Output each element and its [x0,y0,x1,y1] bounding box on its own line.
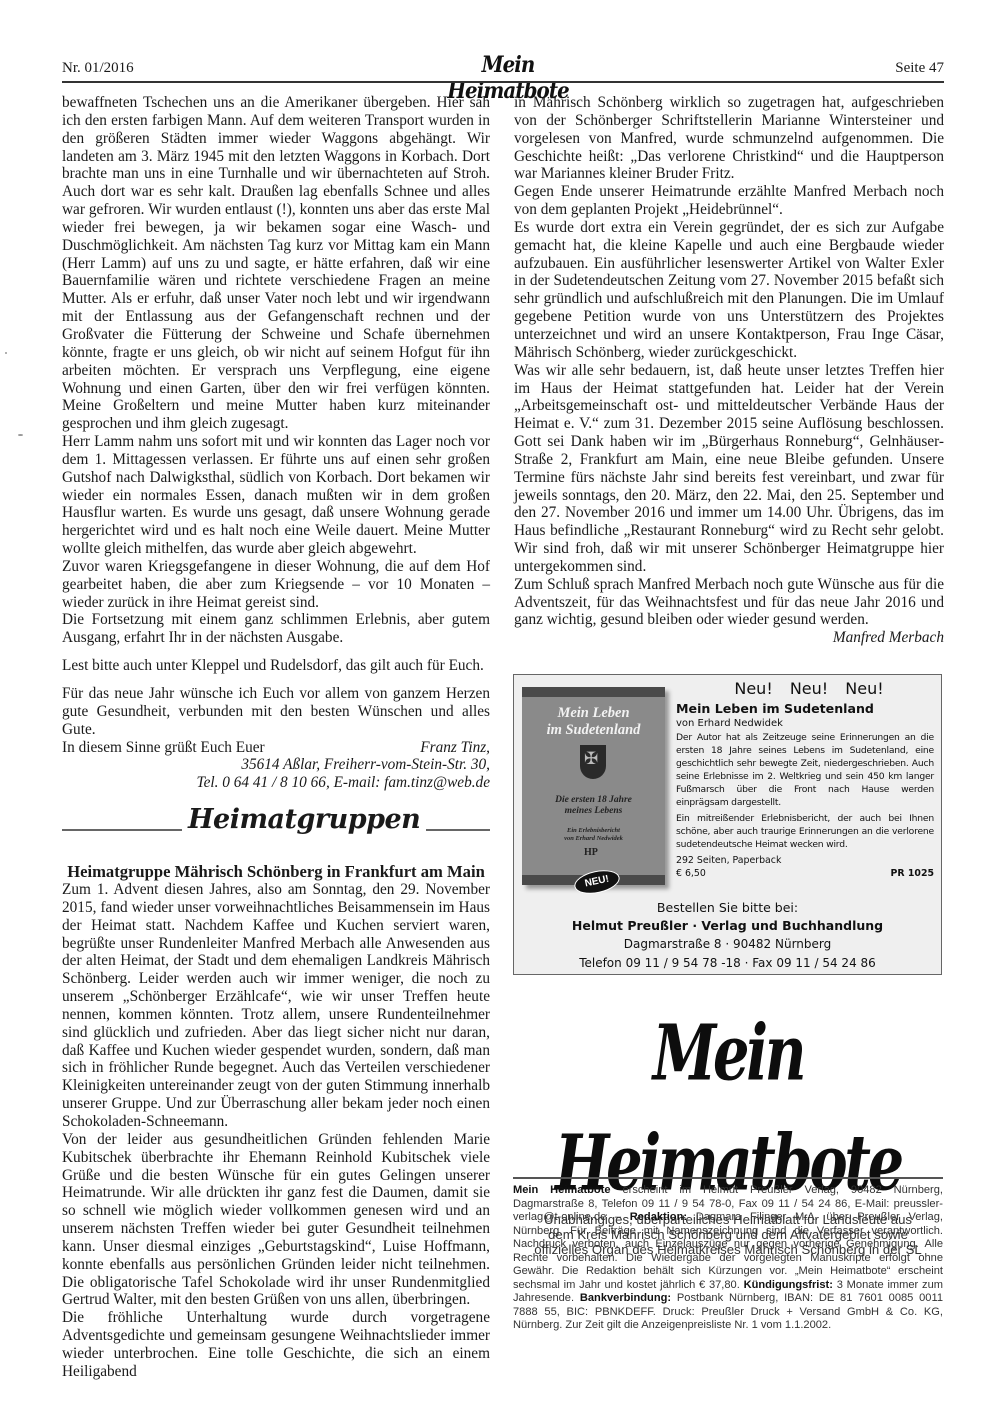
scan-artifact [18,434,23,436]
greeting-close: In diesem Sinne grüßt Euch Euer [62,739,265,757]
book-price: € 6,50 [676,867,706,880]
section-heading: Heimatgruppen [62,808,490,838]
publisher-phone: Telefon 09 11 / 9 54 78 -18 · Fax 09 11 … [514,954,941,973]
book-author: von Erhard Nedwidek [676,718,934,729]
article-paragraph: Die fröhliche Unterhaltung wurde durch v… [62,1309,490,1380]
imprint-name: Mein Heimatbote [513,1184,611,1196]
ad-new-banner: Neu! Neu! Neu! [684,679,934,698]
story-paragraph: Die Fortsetzung mit einem ganz schlimmen… [62,611,490,647]
redaktion-label: Redaktion: [630,1211,687,1223]
coat-of-arms-icon [580,745,606,779]
left-column-article: Zum 1. Advent diesen Jahres, also am Son… [62,881,490,1381]
kuendigung-label: Kündigungsfrist: [744,1279,833,1291]
page-header: Nr. 01/2016 Mein Heimatbote Seite 47 [62,52,944,82]
story-paragraph: Zuvor waren Kriegsgefangene in dieser Wo… [62,558,490,612]
author-contact: Tel. 0 64 41 / 8 10 66, E-mail: fam.tinz… [62,774,490,792]
greeting: Für das neue Jahr wünsche ich Euch vor a… [62,685,490,739]
publisher-logo-icon: HP [584,847,598,858]
issue-number: Nr. 01/2016 [62,60,134,77]
author-address: 35614 Aßlar, Freiherr-vom-Stein-Str. 30, [62,756,490,774]
header-divider [62,81,944,83]
order-label: Bestellen Sie bitte bei: [514,899,941,917]
book-title: Mein Leben im Sudetenland [676,701,934,716]
publisher-name: Helmut Preußler · Verlag und Buchhandlun… [514,917,941,935]
story-paragraph: bewaffneten Tschechen uns an die Amerika… [62,94,490,433]
section-title: Heimatgruppen [182,804,426,835]
bank-label: Bankverbindung: [580,1292,671,1304]
scan-artifact [5,352,7,354]
left-column-story: bewaffneten Tschechen uns an die Amerika… [62,94,490,792]
price-row: € 6,50 PR 1025 [676,867,934,880]
cover-title: Mein Leben im Sudetenland [522,705,665,739]
cover-subtitle: Die ersten 18 Jahre meines Lebens [522,795,665,817]
article-paragraph: Von der leider aus gesundheitlichen Grün… [62,1131,490,1309]
product-code: PR 1025 [891,867,934,880]
article-paragraph: in Mährisch Schönberg wirklich so zugetr… [514,94,944,183]
article-paragraph: Zum 1. Advent diesen Jahres, also am Son… [62,881,490,1131]
imprint: Mein Heimatbote erscheint im Helmut Preu… [513,1184,943,1333]
page-number: Seite 47 [895,60,944,77]
article-subheading: Heimatgruppe Mährisch Schönberg in Frank… [62,862,490,882]
article-paragraph: Was wir alle sehr bedauern, ist, daß heu… [514,362,944,576]
book-advertisement: Mein Leben im Sudetenland Die ersten 18 … [513,674,942,975]
masthead-divider [513,1177,943,1179]
right-column-article: in Mährisch Schönberg wirklich so zugetr… [514,94,944,647]
article-paragraph: Es wurde dort extra ein Verein gegründet… [514,219,944,362]
order-info: Bestellen Sie bitte bei: Helmut Preußler… [514,899,941,973]
reading-note: Lest bitte auch unter Kleppel und Rudels… [62,657,490,675]
book-description: Der Autor hat als Zeitzeuge seine Erinne… [676,731,934,809]
publisher-address: Dagmarstraße 8 · 90482 Nürnberg [514,935,941,954]
article-paragraph: Gegen Ende unserer Heimatrunde erzählte … [514,183,944,219]
ad-text: Neu! Neu! Neu! Mein Leben im Sudetenland… [676,679,934,880]
cover-byline: Ein Erlebnisbericht von Erhard Nedwidek [522,827,665,843]
book-pages: 292 Seiten, Paperback [676,854,934,867]
author-name: Franz Tinz, [420,739,490,757]
book-description-2: Ein mitreißender Erlebnisbericht, der au… [676,812,934,851]
signature-line: In diesem Sinne grüßt Euch Euer Franz Ti… [62,739,490,757]
book-cover: Mein Leben im Sudetenland Die ersten 18 … [522,687,665,885]
article-paragraph: Zum Schluß sprach Manfred Merbach noch g… [514,576,944,630]
new-badge: NEU! [572,866,622,897]
story-paragraph: Herr Lamm nahm uns sofort mit und wir ko… [62,433,490,558]
article-signature: Manfred Merbach [514,629,944,647]
